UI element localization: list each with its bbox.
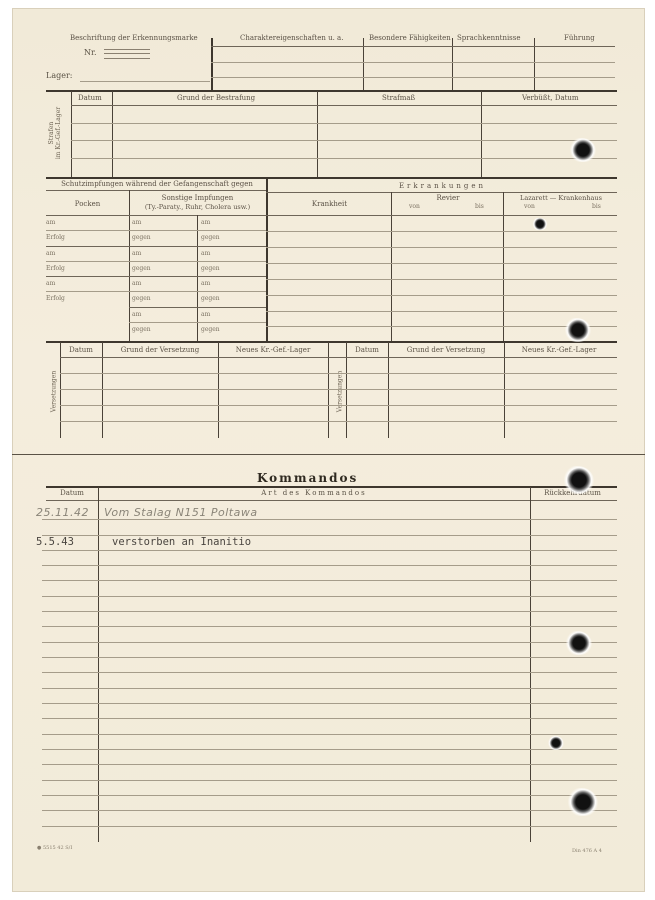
- rule: [266, 192, 617, 193]
- rule: [46, 486, 617, 488]
- sonstige-gegen: gegen: [201, 295, 220, 302]
- erkrankungen-col-lazarett: Lazarett — Krankenhaus: [505, 194, 617, 202]
- rule: [42, 550, 617, 551]
- erkrankungen-col-krankheit: Krankheit: [268, 200, 391, 208]
- rule: [46, 177, 617, 179]
- sonstige-gegen: gegen: [132, 234, 151, 241]
- rule: [46, 215, 617, 216]
- erkennungsmarke-label: Beschriftung der Erkennungsmarke: [70, 34, 198, 42]
- rule: [129, 322, 266, 323]
- divider: [481, 91, 482, 177]
- strafen-col-verbuesst: Verbüßt, Datum: [522, 94, 579, 102]
- sonstige-gegen: gegen: [132, 326, 151, 333]
- divider: [530, 487, 531, 842]
- sonstige-am: am: [201, 280, 210, 287]
- rule: [46, 90, 617, 92]
- erkrankungen-col-revier: Revier: [393, 194, 503, 202]
- rule: [266, 311, 617, 312]
- versetzungen-side-label-right: Versetzungen: [337, 362, 344, 422]
- strafen-col-grund: Grund der Bestrafung: [177, 94, 255, 102]
- col-fuehrung: Führung: [564, 34, 595, 42]
- rule: [211, 77, 615, 78]
- kommandos-col-art: Art des Kommandos: [98, 489, 530, 497]
- strafen-col-datum: Datum: [78, 94, 102, 102]
- rule: [60, 373, 617, 374]
- rule: [42, 672, 617, 673]
- rule: [60, 357, 617, 358]
- rule: [42, 810, 617, 811]
- col-charakter: Charaktereigenschaften u. a.: [240, 34, 343, 42]
- rule: [42, 780, 617, 781]
- sonstige-gegen: gegen: [201, 265, 220, 272]
- rule: [42, 519, 617, 520]
- col-sprachkenntnisse: Sprachkenntnisse: [457, 34, 521, 42]
- lager-label: Lager:: [46, 71, 72, 80]
- rule: [46, 246, 266, 247]
- rule: [71, 105, 617, 106]
- rule: [42, 596, 617, 597]
- versetzungen-side-label-left: Versetzungen: [51, 362, 58, 422]
- rule: [60, 405, 617, 406]
- rule: [46, 261, 266, 262]
- rule: [42, 764, 617, 765]
- impfungen-col-sonstige-sub: (Ty.-Paraty., Ruhr, Cholera usw.): [129, 203, 266, 211]
- kommando-entry-2-art: verstorben an Inanitio: [112, 536, 251, 548]
- form-sheet: Beschriftung der Erkennungsmarke Nr. Lag…: [12, 8, 645, 892]
- rule: [42, 826, 617, 827]
- impfungen-col-sonstige: Sonstige Impfungen: [129, 194, 266, 202]
- rule: [129, 307, 266, 308]
- punch-hole: [532, 218, 548, 230]
- pocken-row-am: am: [46, 250, 55, 257]
- sonstige-am: am: [132, 250, 141, 257]
- sonstige-am: am: [132, 280, 141, 287]
- punch-hole: [565, 318, 591, 342]
- rule: [71, 123, 617, 124]
- footer-print-code: ● 5515 42 S/I: [37, 845, 72, 851]
- kommando-entry-2-datum: 5.5.43: [36, 536, 74, 548]
- rule: [266, 231, 617, 232]
- rule: [46, 276, 266, 277]
- sonstige-gegen: gegen: [132, 265, 151, 272]
- col-faehigkeiten: Besondere Fähigkeiten: [369, 34, 451, 42]
- rule: [60, 389, 617, 390]
- versetzung-col-neues-lager: Neues Kr.-Gef.-Lager: [218, 346, 328, 354]
- divider: [98, 487, 99, 842]
- sonstige-am: am: [201, 219, 210, 226]
- rule: [211, 62, 615, 63]
- pocken-row-am: am: [46, 280, 55, 287]
- divider: [129, 190, 130, 341]
- rule: [42, 795, 617, 796]
- sonstige-am: am: [201, 311, 210, 318]
- rule: [42, 657, 617, 658]
- sonstige-am: am: [132, 219, 141, 226]
- divider: [317, 91, 318, 177]
- versetzung-col-grund-2: Grund der Versetzung: [388, 346, 504, 354]
- kommando-entry-1-art: Vom Stalag N151 Poltawa: [104, 506, 258, 519]
- rule: [71, 140, 617, 141]
- impfungen-col-pocken: Pocken: [46, 200, 129, 208]
- versetzung-col-datum: Datum: [60, 346, 102, 354]
- versetzung-col-neues-lager-2: Neues Kr.-Gef.-Lager: [504, 346, 614, 354]
- lager-field-line: [80, 81, 210, 82]
- punch-hole: [566, 631, 592, 655]
- rule: [266, 295, 617, 296]
- lazarett-von: von: [524, 203, 535, 210]
- pocken-row-erfolg: Erfolg: [46, 234, 65, 241]
- divider: [112, 91, 113, 177]
- rule: [42, 703, 617, 704]
- pocken-row-erfolg: Erfolg: [46, 295, 65, 302]
- versetzung-col-grund: Grund der Versetzung: [102, 346, 218, 354]
- rule: [211, 46, 615, 47]
- rule: [46, 190, 266, 191]
- punch-hole: [548, 736, 564, 750]
- rule: [266, 263, 617, 264]
- pocken-row-am: am: [46, 219, 55, 226]
- lazarett-bis: bis: [592, 203, 601, 210]
- rule: [42, 611, 617, 612]
- kommandos-title: Kommandos: [257, 471, 358, 485]
- rule: [46, 230, 266, 231]
- kommandos-col-datum: Datum: [46, 489, 98, 497]
- erkrankungen-title: Erkrankungen: [268, 182, 617, 190]
- sonstige-am: am: [201, 250, 210, 257]
- punch-hole: [568, 788, 598, 816]
- sonstige-gegen: gegen: [201, 326, 220, 333]
- sonstige-gegen: gegen: [132, 295, 151, 302]
- revier-von: von: [409, 203, 420, 210]
- rule: [42, 565, 617, 566]
- fold-line: [12, 454, 645, 455]
- rule: [46, 341, 617, 343]
- punch-hole: [570, 138, 596, 162]
- revier-bis: bis: [475, 203, 484, 210]
- rule: [60, 421, 617, 422]
- nr-label: Nr.: [84, 48, 97, 57]
- sonstige-am: am: [132, 311, 141, 318]
- strafen-col-strafmass: Strafmaß: [382, 94, 415, 102]
- footer-din-code: Din 476 A 4: [572, 848, 602, 854]
- kommando-entry-1-datum: 25.11.42: [36, 506, 89, 519]
- rule: [42, 580, 617, 581]
- rule: [266, 279, 617, 280]
- rule: [42, 718, 617, 719]
- divider: [71, 91, 72, 177]
- rule: [46, 291, 266, 292]
- rule: [42, 734, 617, 735]
- impfungen-title: Schutzimpfungen während der Gefangenscha…: [50, 180, 264, 188]
- rule: [266, 247, 617, 248]
- sonstige-gegen: gegen: [201, 234, 220, 241]
- pocken-row-erfolg: Erfolg: [46, 265, 65, 272]
- strafen-side-label-2: im Kr.-Gef.-Lager: [55, 107, 62, 159]
- footer-left-text: 5515 42 S/I: [43, 845, 72, 851]
- rule: [71, 158, 617, 159]
- rule: [42, 642, 617, 643]
- nr-field: [104, 49, 150, 59]
- versetzung-col-datum-2: Datum: [346, 346, 388, 354]
- rule: [42, 749, 617, 750]
- strafen-side-label: Strafen im Kr.-Gef.-Lager: [48, 98, 62, 168]
- rule: [42, 688, 617, 689]
- rule: [42, 535, 617, 536]
- rule: [42, 626, 617, 627]
- strafen-side-label-1: Strafen: [48, 122, 55, 145]
- punch-hole: [564, 466, 594, 494]
- rule: [46, 500, 617, 501]
